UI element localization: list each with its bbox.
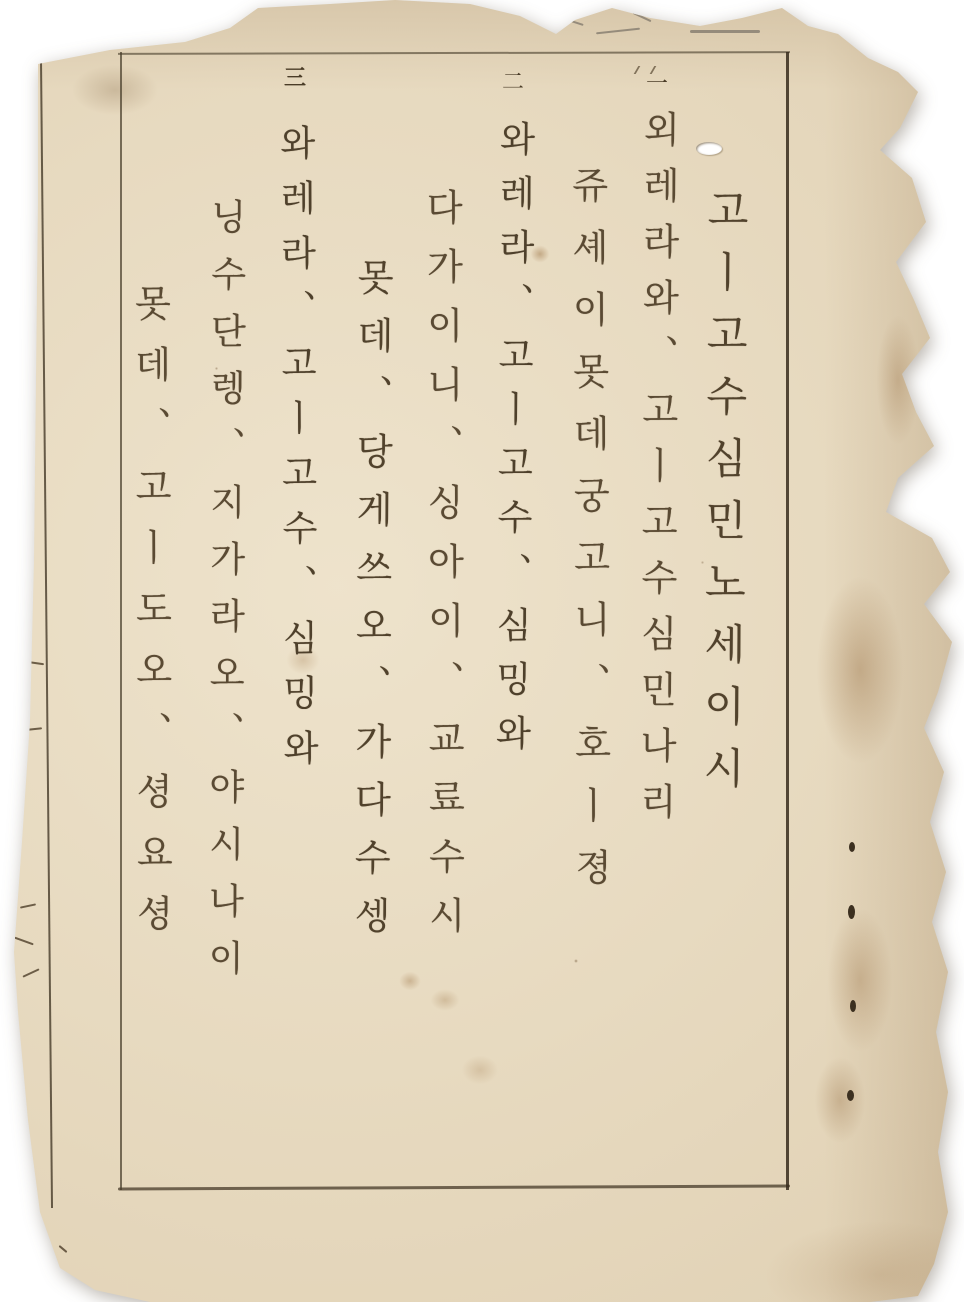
frame-bottom-line bbox=[118, 1185, 790, 1191]
frame-left-outer-line bbox=[40, 60, 53, 1208]
crease-mark bbox=[690, 30, 760, 33]
torn-edge-strokes bbox=[28, 727, 42, 730]
photo-background: 一 二 三 고ㅣ고수심민노세이시 외레라와、고ㅣ고수심민나리 쥬셰이못데궁고니、… bbox=[0, 0, 964, 1302]
text-column-title: 고ㅣ고수심민노세이시 bbox=[700, 188, 746, 808]
text-column-3: 쥬셰이못데궁고니、호ㅣ졍 bbox=[568, 166, 609, 910]
torn-edge-strokes bbox=[20, 903, 36, 908]
crease-mark bbox=[596, 28, 640, 35]
ink-blot bbox=[848, 905, 855, 919]
verse-number-3: 三 bbox=[284, 68, 306, 90]
torn-edge-strokes bbox=[14, 937, 33, 946]
crease-mark bbox=[633, 12, 652, 22]
text-column-4: 와레라、고ㅣ고수、심밍와 bbox=[492, 120, 533, 768]
frame-left-inner-line bbox=[120, 52, 122, 1190]
text-column-2: 외레라와、고ㅣ고수심민나리 bbox=[636, 110, 677, 838]
frame-right-inner-line bbox=[786, 52, 789, 1190]
ink-blot bbox=[849, 842, 855, 852]
torn-edge-strokes bbox=[22, 968, 39, 977]
paper-hole bbox=[696, 142, 722, 155]
torn-edge-strokes bbox=[26, 661, 44, 665]
frame-top-line bbox=[118, 51, 790, 55]
text-column-5: 다가이니、싱아이、교료수시 bbox=[423, 188, 463, 955]
text-column-9: 못데、고ㅣ도오、셩요셩 bbox=[131, 284, 170, 955]
ink-blot bbox=[850, 1000, 856, 1012]
crease-mark bbox=[558, 16, 583, 26]
text-column-7: 와레라、고ㅣ고수、심밍와 bbox=[276, 124, 315, 784]
text-column-8: 닝수단렝、지가라오、야시나이 bbox=[205, 198, 244, 996]
text-column-6: 못데、당게쓰오、가다수셍 bbox=[350, 258, 391, 954]
paper-shadow: 一 二 三 고ㅣ고수심민노세이시 외레라와、고ㅣ고수심민나리 쥬셰이못데궁고니、… bbox=[0, 0, 964, 1302]
verse-number-1: 一 bbox=[646, 74, 668, 96]
verse-number-2: 二 bbox=[502, 72, 524, 94]
manuscript-page: 一 二 三 고ㅣ고수심민노세이시 외레라와、고ㅣ고수심민나리 쥬셰이못데궁고니、… bbox=[0, 0, 964, 1302]
frame-right-dashed-line bbox=[0, 0, 2, 1092]
ink-blot bbox=[847, 1090, 854, 1101]
torn-edge-strokes bbox=[59, 1245, 68, 1253]
